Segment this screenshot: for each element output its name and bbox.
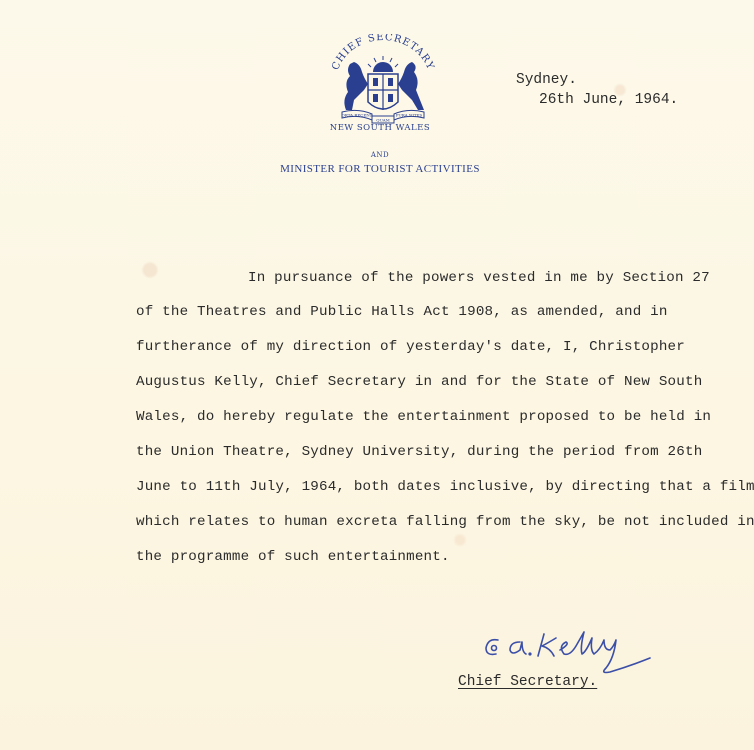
dateline-date: 26th June, 1964. [539,92,678,108]
body-line: which relates to human excreta falling f… [136,514,754,530]
body-line: of the Theatres and Public Halls Act 190… [136,304,668,320]
body-line: June to 11th July, 1964, both dates incl… [136,479,754,495]
dateline-place: Sydney. [516,72,577,88]
coat-of-arms-icon: CHIEF SECRETARY [328,34,438,134]
body-line: Wales, do hereby regulate the entertainm… [136,409,711,425]
motto-right: PURA NITES [396,113,423,118]
body-line: the Union Theatre, Sydney University, du… [136,444,702,460]
body-line: the programme of such entertainment. [136,549,450,565]
crest-subtitle: NEW SOUTH WALES [240,123,520,133]
motto-left: ORTA RECENS [342,113,373,118]
body-line: Augustus Kelly, Chief Secretary in and f… [136,374,702,390]
motto-center: QUAM [376,118,390,123]
handwritten-signature [480,628,670,678]
signatory-title: Chief Secretary. [458,674,597,690]
minister-title: MINISTER FOR TOURIST ACTIVITIES [240,163,520,175]
letterhead-and: AND [240,151,520,159]
body-line: In pursuance of the powers vested in me … [248,270,710,286]
body-line: furtherance of my direction of yesterday… [136,339,685,355]
